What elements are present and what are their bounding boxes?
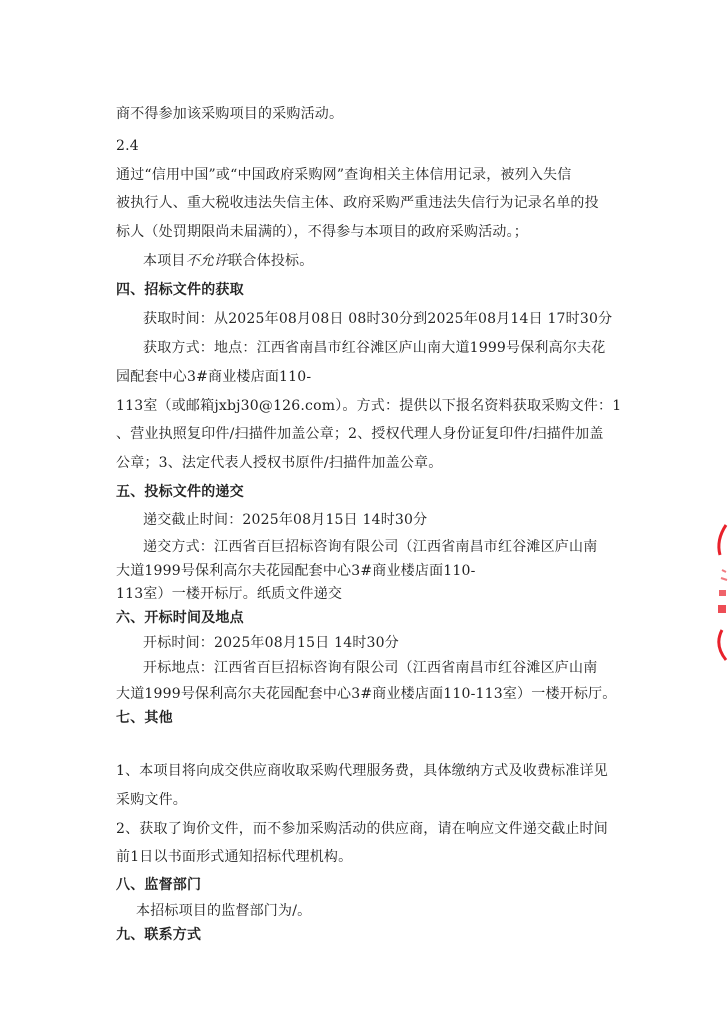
joint-bid-statement: 本项目不允许联合体投标。 (143, 252, 313, 270)
section-heading-4: 四、招标文件的获取 (116, 281, 244, 299)
other-item-1-cont: 采购文件。 (116, 791, 187, 809)
joint-bid-suffix: 联合体投标。 (228, 253, 313, 269)
acquisition-time: 获取时间：从2025年08月08日 08时30分到2025年08月14日 17时… (143, 310, 612, 328)
joint-bid-emphasis: 不允许 (186, 253, 229, 269)
acquisition-method-cont: 园配套中心3#商业楼店面110- (116, 368, 311, 386)
paragraph-line: 商不得参加该采购项目的采购活动。 (116, 105, 343, 123)
opening-time: 开标时间：2025年08月15日 14时30分 (143, 634, 399, 652)
submission-method-cont: 113室）一楼开标厅。纸质文件递交 (116, 585, 342, 603)
acquisition-method: 获取方式：地点：江西省南昌市红谷滩区庐山南大道1999号保利高尔夫花 (143, 339, 605, 357)
other-item-1: 1、本项目将向成交供应商收取采购代理服务费，具体缴纳方式及收费标准详见 (116, 762, 608, 780)
section-heading-7: 七、其他 (116, 709, 173, 727)
paragraph-line: 标人（处罚期限尚未届满的），不得参与本项目的政府采购活动。； (116, 223, 528, 241)
other-item-2: 2、获取了询价文件，而不参加采购活动的供应商，请在响应文件递交截止时间 (116, 820, 608, 838)
paragraph-line: 通过“信用中国”或“中国政府采购网”查询相关主体信用记录，被列入失信 (116, 166, 571, 184)
acquisition-method-cont: 公章；3、法定代表人授权书原件/扫描件加盖公章。 (116, 454, 442, 472)
paragraph-line: 被执行人、重大税收违法失信主体、政府采购严重违法失信行为记录名单的投 (116, 194, 599, 212)
clause-number: 2.4 (116, 137, 139, 155)
section-heading-5: 五、投标文件的递交 (116, 483, 244, 501)
submission-deadline: 递交截止时间：2025年08月15日 14时30分 (143, 511, 427, 529)
section-heading-8: 八、监督部门 (116, 876, 201, 894)
document-page: 商不得参加该采购项目的采购活动。 2.4 通过“信用中国”或“中国政府采购网”查… (0, 0, 728, 1020)
other-item-2-cont: 前1日以书面形式通知招标代理机构。 (116, 848, 352, 866)
section-heading-6: 六、开标时间及地点 (116, 609, 244, 627)
submission-method: 递交方式：江西省百巨招标咨询有限公司（江西省南昌市红谷滩区庐山南 (143, 538, 597, 556)
supervision-text: 本招标项目的监督部门为/。 (136, 902, 311, 920)
opening-place: 开标地点：江西省百巨招标咨询有限公司（江西省南昌市红谷滩区庐山南 (143, 659, 597, 677)
joint-bid-prefix: 本项目 (143, 253, 186, 269)
red-seal-stamp-icon (708, 520, 728, 670)
acquisition-method-cont: 、营业执照复印件/扫描件加盖公章；2、授权代理人身份证复印件/扫描件加盖 (116, 425, 604, 443)
opening-place-cont: 大道1999号保利高尔夫花园配套中心3#商业楼店面110-113室）一楼开标厅。 (116, 685, 616, 703)
section-heading-9: 九、联系方式 (116, 926, 201, 944)
acquisition-method-cont: 113室（或邮箱jxbj30@126.com）。方式：提供以下报名资料获取采购文… (116, 397, 621, 415)
submission-method-cont: 大道1999号保利高尔夫花园配套中心3#商业楼店面110- (116, 562, 476, 580)
